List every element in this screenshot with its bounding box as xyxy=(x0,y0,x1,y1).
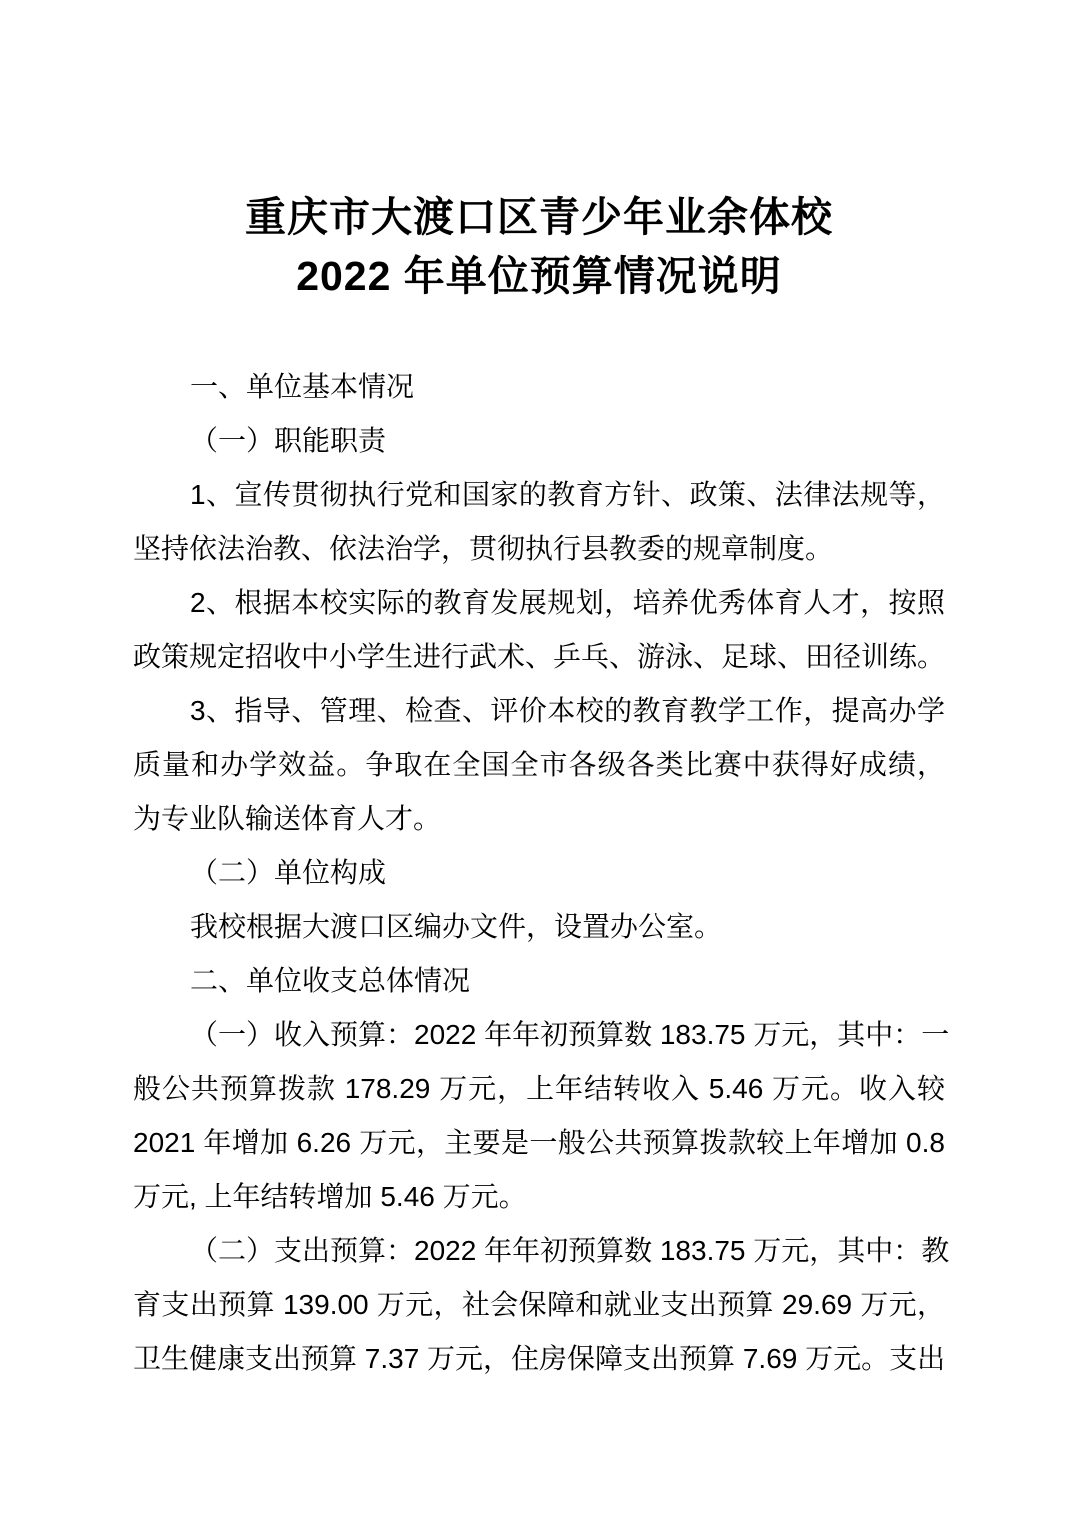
expenditure-budget-line-2: 育支出预算 139.00 万元，社会保障和就业支出预算 29.69 万元， xyxy=(133,1278,945,1332)
income-budget-line-3: 2021 年增加 6.26 万元，主要是一般公共预算拨款较上年增加 0.8 xyxy=(133,1116,945,1170)
expenditure-budget-line-1: （二）支出预算：2022 年年初预算数 183.75 万元，其中：教 xyxy=(133,1224,945,1278)
subsection-1-2: （二）单位构成 xyxy=(133,846,945,900)
section-heading-revenue-expenditure: 二、单位收支总体情况 xyxy=(133,954,945,1008)
duty-item-2-line-2: 政策规定招收中小学生进行武术、乒乓、游泳、足球、田径训练。 xyxy=(133,630,945,684)
subsection-1-1: （一）职能职责 xyxy=(133,414,945,468)
document-title: 重庆市大渡口区青少年业余体校 2022 年单位预算情况说明 xyxy=(133,188,945,306)
duty-item-3-line-2: 质量和办学效益。争取在全国全市各级各类比赛中获得好成绩， xyxy=(133,738,945,792)
income-budget-paragraph: （一）收入预算：2022 年年初预算数 183.75 万元，其中：一 般公共预算… xyxy=(133,1008,945,1224)
document-content: 重庆市大渡口区青少年业余体校 2022 年单位预算情况说明 一、单位基本情况 （… xyxy=(133,188,945,1386)
document-body: 一、单位基本情况 （一）职能职责 1、宣传贯彻执行党和国家的教育方针、政策、法律… xyxy=(133,360,945,1386)
document-title-line-2: 2022 年单位预算情况说明 xyxy=(133,247,945,306)
duty-item-3-line-1: 3、指导、管理、检查、评价本校的教育教学工作，提高办学 xyxy=(133,684,945,738)
duty-item-2: 2、根据本校实际的教育发展规划，培养优秀体育人才，按照 政策规定招收中小学生进行… xyxy=(133,576,945,684)
document-page: 重庆市大渡口区青少年业余体校 2022 年单位预算情况说明 一、单位基本情况 （… xyxy=(0,0,1074,1520)
section-heading-basic-info: 一、单位基本情况 xyxy=(133,360,945,414)
duty-item-3-line-3: 为专业队输送体育人才。 xyxy=(133,792,945,846)
duty-item-2-line-1: 2、根据本校实际的教育发展规划，培养优秀体育人才，按照 xyxy=(133,576,945,630)
income-budget-line-2: 般公共预算拨款 178.29 万元，上年结转收入 5.46 万元。收入较 xyxy=(133,1062,945,1116)
duty-item-1: 1、宣传贯彻执行党和国家的教育方针、政策、法律法规等， 坚持依法治教、依法治学，… xyxy=(133,468,945,576)
duty-item-3: 3、指导、管理、检查、评价本校的教育教学工作，提高办学 质量和办学效益。争取在全… xyxy=(133,684,945,846)
subsection-heading-composition: （二）单位构成 xyxy=(133,846,945,900)
duty-item-1-line-2: 坚持依法治教、依法治学，贯彻执行县教委的规章制度。 xyxy=(133,522,945,576)
section-2: 二、单位收支总体情况 xyxy=(133,954,945,1008)
composition-paragraph: 我校根据大渡口区编办文件，设置办公室。 xyxy=(133,900,945,954)
income-budget-line-1: （一）收入预算：2022 年年初预算数 183.75 万元，其中：一 xyxy=(133,1008,945,1062)
subsection-heading-duties: （一）职能职责 xyxy=(133,414,945,468)
composition-text: 我校根据大渡口区编办文件，设置办公室。 xyxy=(133,900,945,954)
expenditure-budget-line-3: 卫生健康支出预算 7.37 万元，住房保障支出预算 7.69 万元。支出 xyxy=(133,1332,945,1386)
document-title-line-1: 重庆市大渡口区青少年业余体校 xyxy=(133,188,945,247)
duty-item-1-line-1: 1、宣传贯彻执行党和国家的教育方针、政策、法律法规等， xyxy=(133,468,945,522)
section-1: 一、单位基本情况 xyxy=(133,360,945,414)
income-budget-line-4: 万元, 上年结转增加 5.46 万元。 xyxy=(133,1170,945,1224)
expenditure-budget-paragraph: （二）支出预算：2022 年年初预算数 183.75 万元，其中：教 育支出预算… xyxy=(133,1224,945,1386)
